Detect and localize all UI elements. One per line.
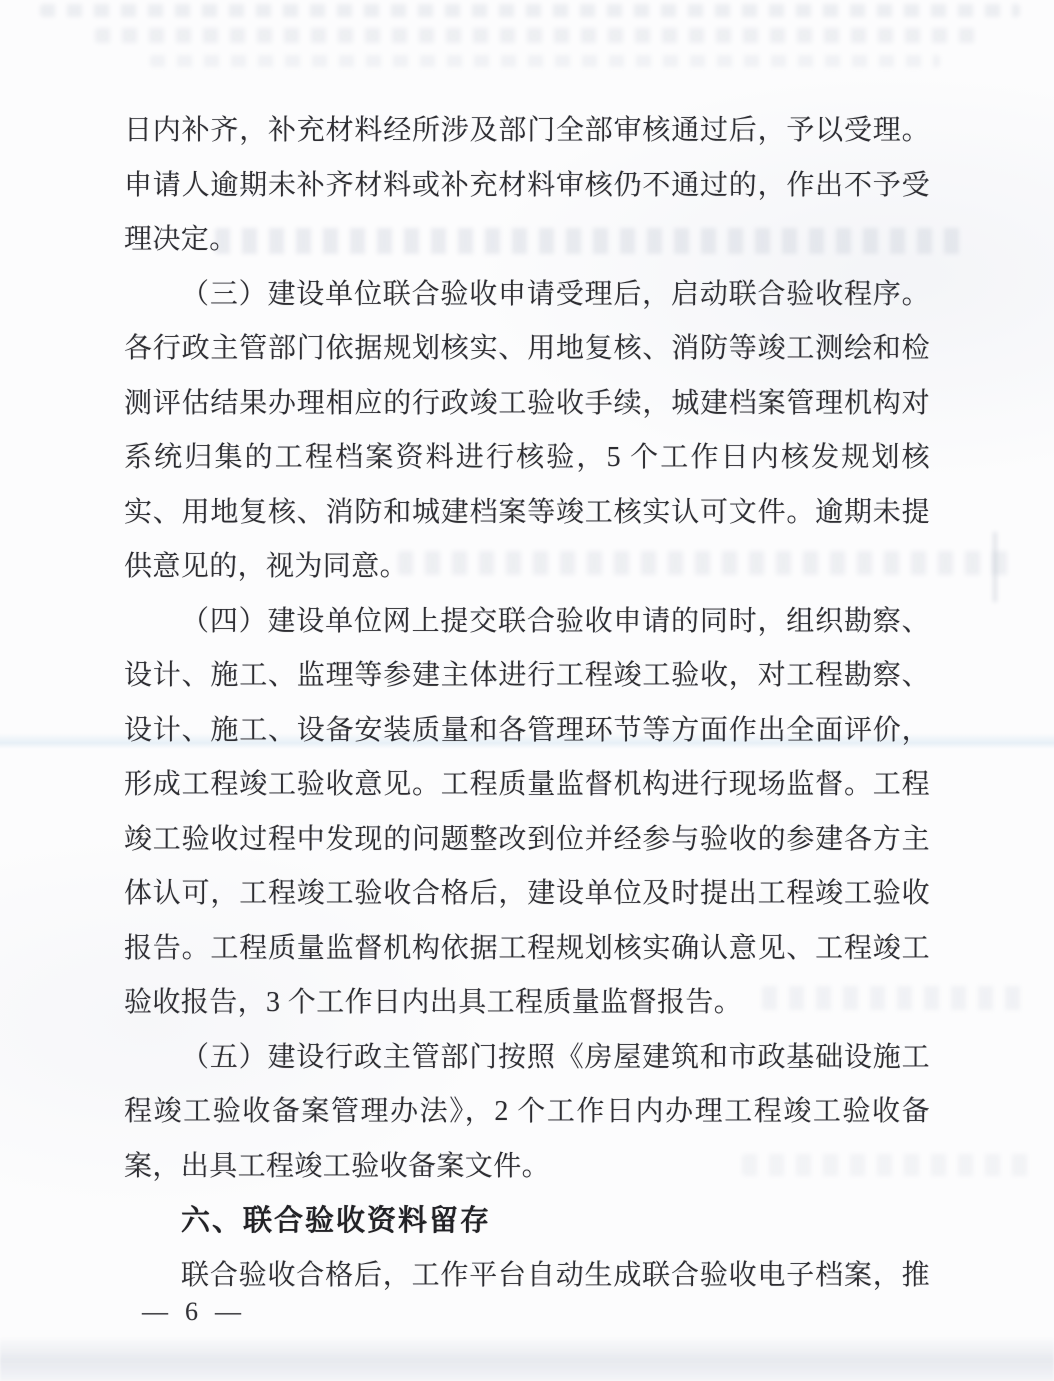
text-line: 联合验收合格后，工作平台自动生成联合验收电子档案，推 bbox=[124, 1249, 930, 1304]
page-number-dash-left: — bbox=[142, 1297, 168, 1327]
scanned-document-page: 日内补齐，补充材料经所涉及部门全部审核通过后，予以受理。 申请人逾期未补齐材料或… bbox=[0, 0, 1054, 1381]
text-line: （三）建设单位联合验收申请受理后，启动联合验收程序。 bbox=[124, 268, 930, 323]
scan-shadow-band-artifact bbox=[0, 1336, 1054, 1381]
text-line: 案，出具工程竣工验收备案文件。 bbox=[124, 1140, 930, 1195]
paragraph-item-4: （四）建设单位网上提交联合验收申请的同时，组织勘察、 设计、施工、监理等参建主体… bbox=[124, 595, 930, 1031]
text-line: 申请人逾期未补齐材料或补充材料审核仍不通过的，作出不予受 bbox=[124, 159, 930, 214]
paragraph-continuation: 日内补齐，补充材料经所涉及部门全部审核通过后，予以受理。 申请人逾期未补齐材料或… bbox=[124, 104, 930, 268]
paragraph-item-5: （五）建设行政主管部门按照《房屋建筑和市政基础设施工 程竣工验收备案管理办法》，… bbox=[124, 1031, 930, 1195]
text-line: 报告。工程质量监督机构依据工程规划核实确认意见、工程竣工 bbox=[124, 922, 930, 977]
text-line: 程竣工验收备案管理办法》，2 个工作日内办理工程竣工验收备 bbox=[124, 1085, 930, 1140]
paragraph-last: 联合验收合格后，工作平台自动生成联合验收电子档案，推 bbox=[124, 1249, 930, 1304]
text-line: 测评估结果办理相应的行政竣工验收手续，城建档案管理机构对 bbox=[124, 377, 930, 432]
bleed-through-text-artifact bbox=[40, 4, 1020, 17]
text-line: 供意见的，视为同意。 bbox=[124, 540, 930, 595]
section-heading: 六、联合验收资料留存 bbox=[124, 1194, 930, 1249]
text-line: 各行政主管部门依据规划核实、用地复核、消防等竣工测绘和检 bbox=[124, 322, 930, 377]
text-line: 日内补齐，补充材料经所涉及部门全部审核通过后，予以受理。 bbox=[124, 104, 930, 159]
page-number: — 6 — bbox=[142, 1297, 241, 1327]
document-body: 日内补齐，补充材料经所涉及部门全部审核通过后，予以受理。 申请人逾期未补齐材料或… bbox=[124, 104, 930, 1303]
text-line: 验收报告，3 个工作日内出具工程质量监督报告。 bbox=[124, 976, 930, 1031]
text-line: 设计、施工、监理等参建主体进行工程竣工验收，对工程勘察、 bbox=[124, 649, 930, 704]
text-line: 设计、施工、设备安装质量和各管理环节等方面作出全面评价， bbox=[124, 704, 930, 759]
text-line: 理决定。 bbox=[124, 213, 930, 268]
text-line: 竣工验收过程中发现的问题整改到位并经参与验收的参建各方主 bbox=[124, 813, 930, 868]
text-line: 体认可，工程竣工验收合格后，建设单位及时提出工程竣工验收 bbox=[124, 867, 930, 922]
text-line: 形成工程竣工验收意见。工程质量监督机构进行现场监督。工程 bbox=[124, 758, 930, 813]
text-line: 系统归集的工程档案资料进行核验，5 个工作日内核发规划核 bbox=[124, 431, 930, 486]
text-line: （五）建设行政主管部门按照《房屋建筑和市政基础设施工 bbox=[124, 1031, 930, 1086]
section-heading-6: 六、联合验收资料留存 bbox=[124, 1194, 930, 1249]
paragraph-item-3: （三）建设单位联合验收申请受理后，启动联合验收程序。 各行政主管部门依据规划核实… bbox=[124, 268, 930, 595]
text-line: 实、用地复核、消防和城建档案等竣工核实认可文件。逾期未提 bbox=[124, 486, 930, 541]
text-line: （四）建设单位网上提交联合验收申请的同时，组织勘察、 bbox=[124, 595, 930, 650]
page-number-dash-right: — bbox=[215, 1297, 241, 1327]
scan-smudge-artifact bbox=[993, 532, 997, 602]
bleed-through-text-artifact bbox=[95, 28, 985, 43]
page-number-value: 6 bbox=[185, 1297, 198, 1327]
bleed-through-text-artifact bbox=[150, 55, 940, 67]
